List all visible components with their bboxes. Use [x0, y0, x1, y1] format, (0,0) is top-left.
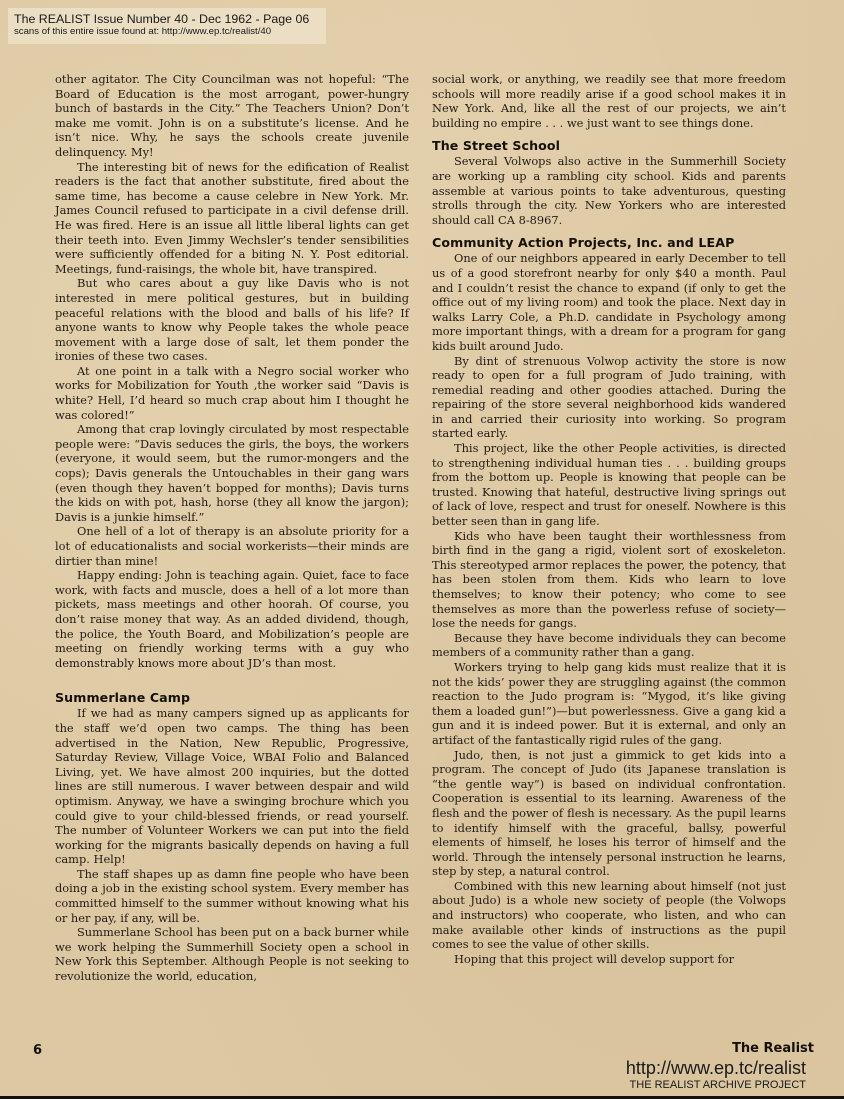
paragraph: social work, or anything, we readily see…: [432, 72, 786, 130]
scan-header: The REALIST Issue Number 40 - Dec 1962 -…: [8, 8, 326, 44]
paragraph: Combined with this new learning about hi…: [432, 879, 786, 952]
archive-url-link[interactable]: http://www.ep.tc/realist: [626, 1058, 806, 1079]
paragraph: If we had as many campers signed up as a…: [55, 706, 409, 867]
section-heading-summerlane-camp: Summerlane Camp: [55, 690, 409, 706]
left-column: other agitator. The City Councilman was …: [55, 72, 409, 984]
paragraph: Happy ending: John is teaching again. Qu…: [55, 568, 409, 670]
scan-header-title: The REALIST Issue Number 40 - Dec 1962 -…: [14, 12, 320, 26]
right-column: social work, or anything, we readily see…: [432, 72, 786, 966]
paragraph: Because they have become individuals the…: [432, 631, 786, 660]
paragraph: Hoping that this project will develop su…: [432, 952, 786, 967]
paragraph: This project, like the other People acti…: [432, 441, 786, 529]
paragraph: Summerlane School has been put on a back…: [55, 925, 409, 983]
paragraph: other agitator. The City Councilman was …: [55, 72, 409, 160]
paragraph: Among that crap lovingly circulated by m…: [55, 422, 409, 524]
paragraph: At one point in a talk with a Negro soci…: [55, 364, 409, 422]
archive-project-label: THE REALIST ARCHIVE PROJECT: [630, 1079, 806, 1091]
paragraph: But who cares about a guy like Davis who…: [55, 276, 409, 364]
page-number: 6: [33, 1043, 42, 1058]
paragraph: One of our neighbors appeared in early D…: [432, 251, 786, 353]
paragraph: Workers trying to help gang kids must re…: [432, 660, 786, 748]
paragraph: The staff shapes up as damn fine people …: [55, 867, 409, 925]
paragraph: Several Volwops also active in the Summe…: [432, 154, 786, 227]
scan-header-subtitle: scans of this entire issue found at: htt…: [14, 26, 320, 38]
paragraph: Judo, then, is not just a gimmick to get…: [432, 748, 786, 879]
publication-name: The Realist: [732, 1041, 814, 1056]
paragraph: The interesting bit of news for the edif…: [55, 160, 409, 277]
paragraph: Kids who have been taught their worthles…: [432, 529, 786, 631]
paragraph: One hell of a lot of therapy is an absol…: [55, 524, 409, 568]
section-heading-street-school: The Street School: [432, 138, 786, 154]
paragraph: By dint of strenuous Volwop activity the…: [432, 354, 786, 442]
section-heading-community-action: Community Action Projects, Inc. and LEAP: [432, 235, 786, 251]
